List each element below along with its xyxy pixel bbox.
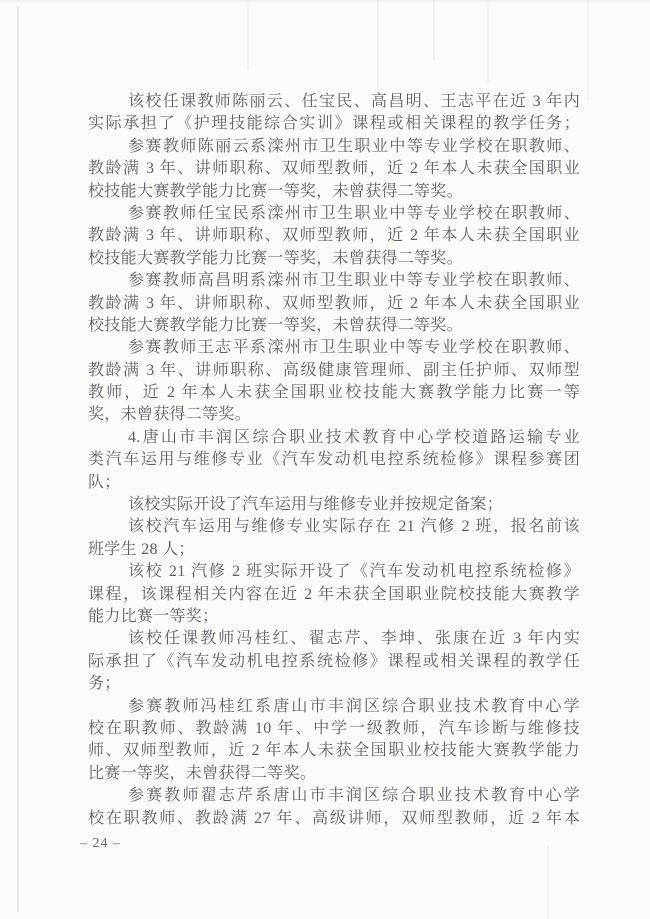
page-number: – 24 – [80,836,121,852]
text-line: 教师，近 2 年本人未获全国职业校技能大赛教学能力比赛一等 [88,382,580,404]
text-line: 校技能大赛教学能力比赛一等奖，未曾获得二等奖。 [88,181,580,203]
text-line: 比赛一等奖，未曾获得二等奖。 [88,763,580,785]
scan-artifact-line [547,845,549,919]
text-line: 参赛教师任宝民系滦州市卫生职业中等专业学校在职教师、 [88,203,580,225]
text-line: 实际承担了《护理技能综合实训》课程或相关课程的教学任务； [88,113,580,135]
text-line: 校在职教师、教龄满 10 年、中学一级教师，汽车诊断与维修技 [88,718,580,740]
text-line: 教龄满 3 年、讲师职称、双师型教师，近 2 年本人未获全国职业 [88,225,580,247]
text-line: 该校汽车运用与维修专业实际存在 21 汽修 2 班，报名前该 [88,516,580,538]
text-line: 际承担了《汽车发动机电控系统检修》课程或相关课程的教学任 [88,651,580,673]
scan-artifact-line [377,0,379,92]
scan-artifact-line [433,0,435,60]
text-line: 队； [88,472,580,494]
text-line: 4.唐山市丰润区综合职业技术教育中心学校道路运输专业 [88,427,580,449]
text-line: 教龄满 3 年、讲师职称、高级健康管理师、副主任护师、双师型 [88,360,580,382]
text-line: 该校任课教师冯桂红、翟志芹、李坤、张康在近 3 年内实 [88,628,580,650]
text-line: 课程，该课程相关内容在近 2 年未获全国职业院校技能大赛教学 [88,584,580,606]
text-line: 类汽车运用与维修专业《汽车发动机电控系统检修》课程参赛团 [88,449,580,471]
text-line: 该校任课教师陈丽云、任宝民、高昌明、王志平在近 3 年内 [88,91,580,113]
text-line: 师、双师型教师，近 2 年本人未获全国职业校技能大赛教学能力 [88,740,580,762]
scan-edge-shadow [0,0,650,3]
text-line: 能力比赛一等奖； [88,606,580,628]
text-line: 该校实际开设了汽车运用与维修专业并按规定备案； [88,494,580,516]
text-line: 参赛教师翟志芹系唐山市丰润区综合职业技术教育中心学 [88,785,580,807]
text-line: 参赛教师高昌明系滦州市卫生职业中等专业学校在职教师、 [88,270,580,292]
text-line: 校技能大赛教学能力比赛一等奖，未曾获得二等奖。 [88,315,580,337]
text-line: 教龄满 3 年、讲师职称、双师型教师，近 2 年本人未获全国职业 [88,158,580,180]
scanned-document-page: 该校任课教师陈丽云、任宝民、高昌明、王志平在近 3 年内实际承担了《护理技能综合… [0,0,650,919]
scan-artifact-line [247,0,249,70]
text-line: 校在职教师、教龄满 27 年、高级讲师，双师型教师，近 2 年本 [88,808,580,830]
scan-artifact-line [487,0,489,82]
text-line: 奖，未曾获得二等奖。 [88,404,580,426]
text-line: 班学生 28 人； [88,539,580,561]
document-body: 该校任课教师陈丽云、任宝民、高昌明、王志平在近 3 年内实际承担了《护理技能综合… [88,91,580,830]
text-line: 参赛教师冯桂红系唐山市丰润区综合职业技术教育中心学 [88,696,580,718]
text-line: 务； [88,673,580,695]
text-line: 参赛教师陈丽云系滦州市卫生职业中等专业学校在职教师、 [88,136,580,158]
text-line: 参赛教师王志平系滦州市卫生职业中等专业学校在职教师、 [88,337,580,359]
text-line: 校技能大赛教学能力比赛一等奖，未曾获得二等奖。 [88,248,580,270]
scan-artifact-line [587,0,589,100]
scan-artifact-line [17,6,19,912]
text-line: 该校 21 汽修 2 班实际开设了《汽车发动机电控系统检修》 [88,561,580,583]
text-line: 教龄满 3 年、讲师职称、双师型教师，近 2 年本人未获全国职业 [88,293,580,315]
